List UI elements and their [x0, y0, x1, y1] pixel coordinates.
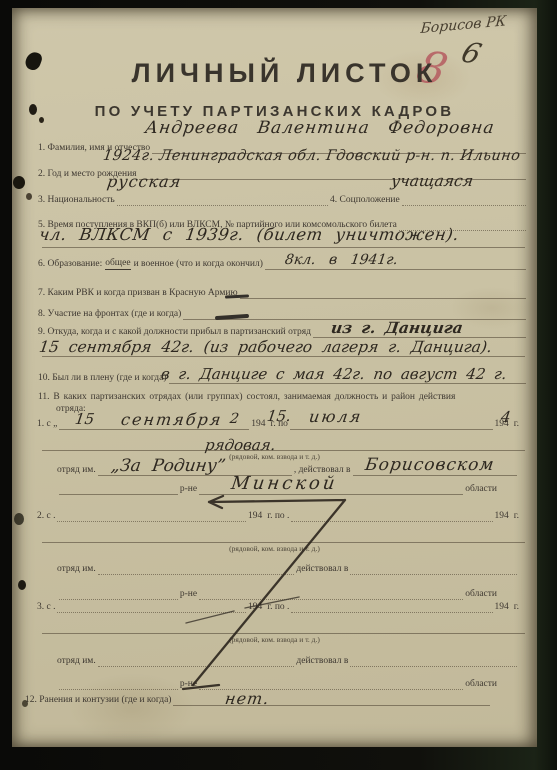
service1-year-from: 2	[229, 412, 240, 426]
form-title: ЛИЧНЫЙ ЛИСТОК	[32, 58, 537, 89]
service2-rank-caption: (рядовой, ком. взвода и т. д.)	[177, 544, 372, 553]
field-party-value: чл. ВЛКСМ с 1939г. (билет уничтожен).	[38, 227, 460, 244]
service1-month-from: сентября	[120, 412, 224, 428]
blank-line	[291, 598, 492, 613]
service3-year2: 194	[495, 602, 509, 613]
service3-dates-row: 3. с . 194 г. по . 194 г.	[37, 599, 519, 613]
service3-unit-row: отряд им. действовал в	[57, 653, 519, 667]
service2-year2: 194	[495, 511, 509, 522]
service3-district-label: р-не	[180, 679, 197, 690]
field-social-label: 4. Соцположение	[330, 195, 400, 206]
blank-line	[59, 480, 178, 495]
field-education-label-pre: 6. Образование:	[38, 259, 102, 270]
service1-district-value: Минской	[230, 475, 339, 493]
service1-oblast-label: области	[465, 484, 497, 495]
paper-speck	[22, 700, 28, 707]
blank-line	[98, 652, 295, 667]
service1-acted-value: Борисовском	[364, 457, 496, 474]
field-arrival-value-2: 15 сентября 42г. (из рабочего лагеря г. …	[38, 340, 493, 356]
service1-unit-label: отряд им.	[57, 465, 96, 476]
service3-district-row: р-не области	[57, 676, 497, 690]
field-nationality-row: 3. Национальность 4. Соцположение	[38, 192, 528, 206]
service1-num: 1. с „	[37, 419, 57, 430]
field-rvk-row: 7. Каким РВК и когда призван в Красную А…	[38, 285, 528, 299]
service3-oblast-label: области	[465, 679, 497, 690]
blank-line	[57, 507, 246, 522]
service3-acted-label: действовал в	[296, 656, 348, 667]
blank-line	[57, 598, 246, 613]
service3-year1: 194	[248, 602, 262, 613]
service1-day-to: 15.	[266, 409, 292, 424]
service2-dates-row: 2. с . 194 г. по . 194 г.	[37, 508, 519, 522]
form-paper: Борисов РК 6 8 ЛИЧНЫЙ ЛИСТОК ПО УЧЕТУ ПА…	[12, 8, 537, 747]
service3-po: г. по .	[267, 602, 289, 613]
field-rvk-label: 7. Каким РВК и когда призван в Красную А…	[38, 288, 238, 299]
blank-line	[59, 675, 178, 690]
service1-year-to: 4	[500, 410, 512, 425]
service3-rank-caption: (рядовой, ком. взвода и т. д.)	[177, 635, 372, 644]
service1-unit-value: „За Родину”	[110, 458, 226, 475]
field-arrival-value-1: из г. Данцига	[330, 320, 464, 336]
service3-unit-label: отряд им.	[57, 656, 96, 667]
field-education-value: 8кл. в 1941г.	[284, 253, 399, 267]
blank-line	[42, 436, 525, 451]
paper-speck	[14, 513, 24, 525]
field-wounds-label: 12. Ранения и контузии (где и когда)	[25, 695, 171, 706]
service2-g: г.	[514, 511, 519, 522]
blank-line	[350, 560, 517, 575]
service3-num: 3. с .	[37, 602, 55, 613]
service2-po: г. по .	[267, 511, 289, 522]
scanned-document-page: { "annotations": { "corner_note": "Борис…	[0, 0, 557, 770]
service3-g: г.	[514, 602, 519, 613]
field-education-label-underlined: общее	[105, 258, 130, 270]
blank-line	[199, 675, 463, 690]
field-arrival-label: 9. Откуда, когда и с какой должности при…	[38, 327, 311, 338]
field-education-label-post: и военное (что и когда окончил)	[134, 259, 263, 270]
service2-acted-label: действовал в	[296, 564, 348, 575]
paper-hole	[39, 117, 44, 123]
service2-year1: 194	[248, 511, 262, 522]
blank-line	[98, 560, 295, 575]
service1-rank-value: рядовая.	[204, 438, 277, 453]
service2-unit-row: отряд им. действовал в	[57, 561, 519, 575]
blank-line	[173, 691, 490, 706]
blank-line	[402, 191, 526, 206]
field-units-label-1: 11. В каких партизанских отрядах (или гр…	[38, 392, 455, 403]
field-captivity-label: 10. Был ли в плену (где и когда)	[38, 373, 167, 384]
paper-hole	[29, 104, 37, 115]
service2-unit-label: отряд им.	[57, 564, 96, 575]
field-captivity-value: в г. Данциге с мая 42г. по август 42 г.	[160, 367, 508, 382]
service1-day-from: 15	[74, 412, 95, 427]
field-social-value: учащаяся	[390, 174, 474, 190]
blank-line	[42, 528, 525, 543]
paper-hole	[13, 176, 25, 189]
paper-speck	[26, 193, 32, 200]
field-fronts-label: 8. Участие на фронтах (где и когда)	[38, 309, 181, 320]
service1-year1: 194	[251, 419, 265, 430]
service1-g: г.	[514, 419, 519, 430]
field-birth-value: 1924г. Ленинградская обл. Гдовский р-н. …	[102, 149, 521, 164]
paper-speck	[18, 580, 26, 590]
blank-line	[117, 191, 328, 206]
blank-line	[240, 284, 526, 299]
service1-district-label: р-не	[180, 484, 197, 495]
field-nationality-label: 3. Национальность	[38, 195, 115, 206]
service1-month-to: июля	[308, 409, 363, 425]
blank-line	[350, 652, 517, 667]
field-nationality-value: русская	[106, 174, 182, 190]
field-units-heading-line1: 11. В каких партизанских отрядах (или гр…	[38, 391, 528, 403]
field-wounds-value: нет.	[224, 691, 271, 707]
field-name-value: Андреева Валентина Федоровна	[144, 120, 496, 137]
blank-line	[42, 619, 525, 634]
blank-line	[291, 507, 492, 522]
corner-handwritten-note: Борисов РК	[420, 14, 507, 36]
service2-num: 2. с .	[37, 511, 55, 522]
